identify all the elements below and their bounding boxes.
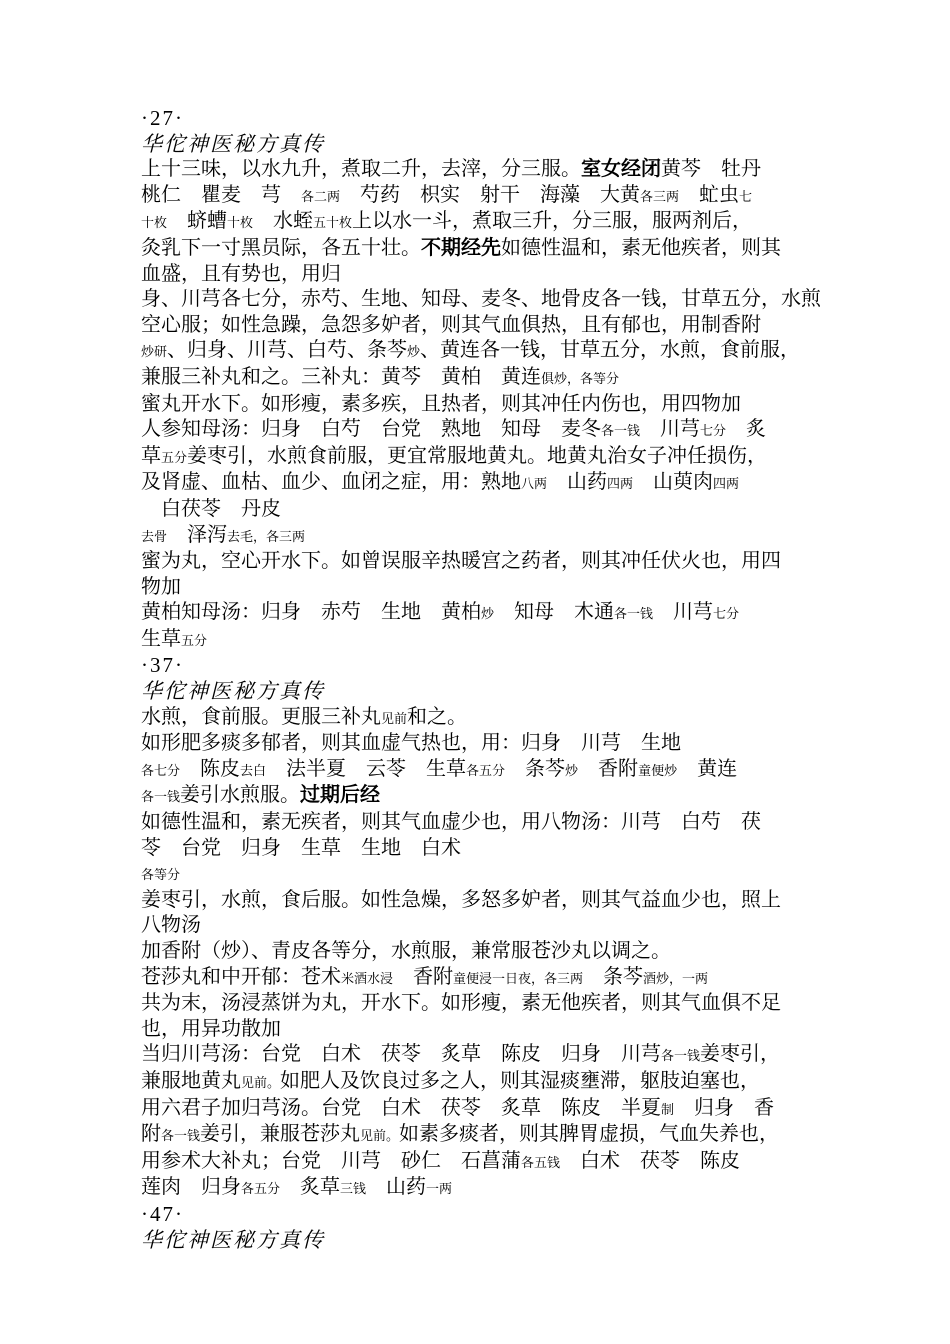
dosage-annotation-run: 俱炒，各等分 (541, 371, 619, 386)
text-run: 黄连 (677, 758, 737, 780)
text-run: 、归身、川芎、白芍、条芩 (167, 339, 407, 361)
text-run: 草 (141, 445, 161, 467)
section-heading-run: 不期经先 (421, 237, 501, 259)
text-run: 如德性温和，素无疾者，则其气血虚少也，用八物汤：川芎 白芍 茯 (141, 811, 761, 833)
text-line: 如德性温和，素无疾者，则其气血虚少也，用八物汤：川芎 白芍 茯 (141, 810, 830, 836)
text-run: 山药 (366, 1176, 426, 1198)
running-title: 华佗神医秘方真传 (141, 132, 830, 158)
text-run: 山药 (547, 471, 607, 493)
text-run: 上十三味，以水九升，煮取二升，去滓，分三服。 (141, 158, 581, 180)
text-run: ·47· (141, 1202, 184, 1226)
dosage-annotation-run: 见前 (381, 711, 407, 726)
section-heading-run: 室女经闭 (581, 158, 661, 180)
text-run: 香附 (393, 966, 453, 988)
dosage-annotation-run: 十枚 (141, 215, 167, 230)
text-line: 各七分 陈皮去白 法半夏 云苓 生草各五分 条芩炒 香附童便炒 黄连 (141, 757, 830, 784)
text-run: 蛴螬 (167, 210, 227, 232)
text-run: 姜引水煎服。 (180, 784, 300, 806)
text-line: 各一钱姜引水煎服。过期后经 (141, 783, 830, 810)
text-line: 水煎，食前服。更服三补丸见前和之。 (141, 705, 830, 732)
text-run: 华佗神医秘方真传 (141, 1228, 325, 1252)
text-run: 用参术大补丸；台党 川芎 砂仁 石菖蒲 (141, 1150, 521, 1172)
dosage-annotation-run: 五十枚 (313, 215, 352, 230)
text-line: 各等分 (141, 861, 830, 888)
dosage-annotation-run: 五分 (161, 450, 187, 465)
dosage-annotation-run: 各三两 (640, 189, 679, 204)
text-run: 如肥人及饮良过多之人，则其湿痰壅滞，躯肢迫塞也， (280, 1070, 760, 1092)
page-number: ·27· (141, 106, 830, 132)
text-run: 和之。 (407, 706, 467, 728)
text-run: 泽泻 (167, 524, 227, 546)
text-line: 十枚 蛴螬十枚 水蛭五十枚上以水一斗，煮取三升，分三服，服两剂后， (141, 209, 830, 236)
text-line: 人参知母汤：归身 白芍 台党 熟地 知母 麦冬各一钱 川芎七分 炙 (141, 417, 830, 444)
text-line: 身、川芎各七分，赤芍、生地、知母、麦冬、地骨皮各一钱，甘草五分，水煎 (141, 287, 830, 313)
text-run: 水煎，食前服。更服三补丸 (141, 706, 381, 728)
text-run: 黄芩 牡丹 (661, 158, 761, 180)
text-run: 用六君子加归芎汤。台党 白术 茯苓 炙草 陈皮 半夏 (141, 1097, 661, 1119)
dosage-annotation-run: 七 (739, 189, 752, 204)
text-run: 附 (141, 1123, 161, 1145)
section-heading-run: 过期后经 (300, 784, 380, 806)
dosage-annotation-run: 五分 (181, 633, 207, 648)
text-run: 芍药 枳实 射干 海藻 大黄 (340, 184, 640, 206)
text-run: 华佗神医秘方真传 (141, 679, 325, 703)
text-run: 加香附（炒）、青皮各等分，水煎服，兼常服苍沙丸以调之。 (141, 940, 671, 962)
dosage-annotation-run: 十枚 (227, 215, 253, 230)
dosage-annotation-run: 各五分 (466, 763, 505, 778)
dosage-annotation-run: 去毛，各三两 (227, 529, 305, 544)
text-line: 血盛，且有势也，用归 (141, 262, 830, 288)
text-run: 如素多痰者，则其脾胃虚损，气血失养也， (399, 1123, 779, 1145)
page-number: ·47· (141, 1202, 830, 1228)
text-line: 八物汤 (141, 913, 830, 939)
dosage-annotation-run: 各等分 (141, 867, 180, 882)
dosage-annotation-run: 各一钱 (161, 1128, 200, 1143)
text-run: 姜引，兼服苍莎丸 (200, 1123, 360, 1145)
text-run: 生草 (141, 628, 181, 650)
text-run: 川芎 (653, 601, 713, 623)
text-run: 法半夏 云苓 生草 (266, 758, 466, 780)
text-line: 白茯苓 丹皮 (141, 497, 830, 523)
dosage-annotation-run: 各一钱 (601, 423, 640, 438)
text-line: 加香附（炒）、青皮各等分，水煎服，兼常服苍沙丸以调之。 (141, 939, 830, 965)
dosage-annotation-run: 各七分 (141, 763, 180, 778)
dosage-annotation-run: 一两 (426, 1181, 452, 1196)
text-run: 条芩 (583, 966, 643, 988)
text-run: 归身 香 (674, 1097, 774, 1119)
text-run: 上以水一斗，煮取三升，分三服，服两剂后， (352, 210, 752, 232)
text-line: 用参术大补丸；台党 川芎 砂仁 石菖蒲各五钱 白术 茯苓 陈皮 (141, 1149, 830, 1176)
text-run: 姜枣引，水煎食前服，更宜常服地黄丸。地黄丸治女子冲任损伤， (187, 445, 767, 467)
dosage-annotation-run: 炒 (565, 763, 578, 778)
dosage-annotation-run: 各五分 (241, 1181, 280, 1196)
text-run: 及肾虚、血枯、血少、血闭之症，用：熟地 (141, 471, 521, 493)
text-line: 黄柏知母汤：归身 赤芍 生地 黄柏炒 知母 木通各一钱 川芎七分 (141, 600, 830, 627)
text-line: 去骨 泽泻去毛，各三两 (141, 523, 830, 550)
document-page: ·27·华佗神医秘方真传上十三味，以水九升，煮取二升，去滓，分三服。室女经闭黄芩… (0, 0, 950, 1344)
text-run: 炙草 (280, 1176, 340, 1198)
text-run: 苍莎丸和中开郁：苍术 (141, 966, 341, 988)
dosage-annotation-run: 各二两 (301, 189, 340, 204)
dosage-annotation-run: 制 (661, 1102, 674, 1117)
text-line: 物加 (141, 575, 830, 601)
text-run: 知母 木通 (494, 601, 614, 623)
text-line: 蜜为丸，空心开水下。如曾误服辛热暖宫之药者，则其冲任伏火也，用四 (141, 549, 830, 575)
text-run: 如德性温和，素无他疾者，则其 (501, 237, 781, 259)
text-run: 物加 (141, 576, 181, 598)
text-line: 空心服；如性急躁，急怨多妒者，则其气血俱热，且有郁也，用制香附 (141, 313, 830, 339)
text-run: 姜枣引， (700, 1043, 780, 1065)
dosage-annotation-run: 各一钱 (661, 1048, 700, 1063)
text-line: 附各一钱姜引，兼服苍莎丸见前。如素多痰者，则其脾胃虚损，气血失养也， (141, 1122, 830, 1149)
text-run: 八物汤 (141, 914, 201, 936)
dosage-annotation-run: 七分 (713, 606, 739, 621)
dosage-annotation-run: 八两 (521, 476, 547, 491)
text-line: 桃仁 瞿麦 芎 各二两 芍药 枳实 射干 海藻 大黄各三两 虻虫七 (141, 183, 830, 210)
text-run: 身、川芎各七分，赤芍、生地、知母、麦冬、地骨皮各一钱，甘草五分，水煎 (141, 288, 821, 310)
text-run: 桃仁 瞿麦 芎 (141, 184, 301, 206)
dosage-annotation-run: 三钱 (340, 1181, 366, 1196)
text-run: 白术 茯苓 陈皮 (560, 1150, 740, 1172)
text-line: 共为末，汤浸蒸饼为丸，开水下。如形瘦，素无他疾者，则其气血俱不足 (141, 991, 830, 1017)
dosage-annotation-run: 四两 (713, 476, 739, 491)
text-line: 如形肥多痰多郁者，则其血虚气热也，用：归身 川芎 生地 (141, 731, 830, 757)
text-run: 蜜丸开水下。如形瘦，素多疾，且热者，则其冲任内伤也，用四物加 (141, 393, 741, 415)
text-run: 莲肉 归身 (141, 1176, 241, 1198)
text-line: 苓 台党 归身 生草 生地 白术 (141, 836, 830, 862)
dosage-annotation-run: 炒 (481, 606, 494, 621)
text-run: 水蛭 (253, 210, 313, 232)
text-run: 也，用异功散加 (141, 1018, 281, 1040)
text-run: 条芩 (505, 758, 565, 780)
dosage-annotation-run: 各一钱 (614, 606, 653, 621)
text-line: 炒研、归身、川芎、白芍、条芩炒、黄连各一钱，甘草五分，水煎，食前服， (141, 338, 830, 365)
text-line: 蜜丸开水下。如形瘦，素多疾，且热者，则其冲任内伤也，用四物加 (141, 392, 830, 418)
page-background: { "page": { "background_color": "#ffffff… (0, 0, 950, 1344)
text-run: 当归川芎汤：台党 白术 茯苓 炙草 陈皮 归身 川芎 (141, 1043, 661, 1065)
dosage-annotation-run: 七分 (700, 423, 726, 438)
text-line: 当归川芎汤：台党 白术 茯苓 炙草 陈皮 归身 川芎各一钱姜枣引， (141, 1042, 830, 1069)
text-run: 山萸肉 (633, 471, 713, 493)
dosage-annotation-run: 炒 (407, 344, 420, 359)
text-run: 炙 (726, 418, 766, 440)
text-run: 血盛，且有势也，用归 (141, 263, 341, 285)
text-run: 苓 台党 归身 生草 生地 白术 (141, 837, 461, 859)
text-run: 华佗神医秘方真传 (141, 132, 325, 156)
text-line: 苍莎丸和中开郁：苍术米酒水浸 香附童便浸一日夜，各三两 条芩酒炒，一两 (141, 965, 830, 992)
text-line: 草五分姜枣引，水煎食前服，更宜常服地黄丸。地黄丸治女子冲任损伤， (141, 444, 830, 471)
text-run: 人参知母汤：归身 白芍 台党 熟地 知母 麦冬 (141, 418, 601, 440)
dosage-annotation-run: 四两 (607, 476, 633, 491)
dosage-annotation-run: 酒炒，一两 (643, 971, 708, 986)
text-run: 虻虫 (679, 184, 739, 206)
dosage-annotation-run: 各五钱 (521, 1155, 560, 1170)
text-run: ·37· (141, 653, 184, 677)
text-run: 空心服；如性急躁，急怨多妒者，则其气血俱热，且有郁也，用制香附 (141, 314, 761, 336)
running-title: 华佗神医秘方真传 (141, 1228, 830, 1254)
dosage-annotation-run: 见前。 (241, 1075, 280, 1090)
text-run: 兼服三补丸和之。三补丸：黄芩 黄柏 黄连 (141, 366, 541, 388)
text-run: 陈皮 (180, 758, 240, 780)
text-run: 川芎 (640, 418, 700, 440)
text-line: 兼服地黄丸见前。如肥人及饮良过多之人，则其湿痰壅滞，躯肢迫塞也， (141, 1069, 830, 1096)
text-run: 香附 (578, 758, 638, 780)
dosage-annotation-run: 炒研 (141, 344, 167, 359)
dosage-annotation-run: 见前。 (360, 1128, 399, 1143)
text-run: 姜枣引，水煎，食后服。如性急燥，多怒多妒者，则其气益血少也，照上 (141, 889, 781, 911)
dosage-annotation-run: 童便浸一日夜，各三两 (453, 971, 583, 986)
text-line: 用六君子加归芎汤。台党 白术 茯苓 炙草 陈皮 半夏制 归身 香 (141, 1096, 830, 1123)
text-line: 灸乳下一寸黑员际，各五十壮。不期经先如德性温和，素无他疾者，则其 (141, 236, 830, 262)
dosage-annotation-run: 各一钱 (141, 789, 180, 804)
text-run: 白茯苓 丹皮 (141, 498, 281, 520)
page-number: ·37· (141, 653, 830, 679)
text-run: 如形肥多痰多郁者，则其血虚气热也，用：归身 川芎 生地 (141, 732, 681, 754)
text-line: 兼服三补丸和之。三补丸：黄芩 黄柏 黄连俱炒，各等分 (141, 365, 830, 392)
text-run: 共为末，汤浸蒸饼为丸，开水下。如形瘦，素无他疾者，则其气血俱不足 (141, 992, 781, 1014)
running-title: 华佗神医秘方真传 (141, 679, 830, 705)
text-run: ·27· (141, 106, 184, 130)
text-line: 姜枣引，水煎，食后服。如性急燥，多怒多妒者，则其气益血少也，照上 (141, 888, 830, 914)
dosage-annotation-run: 去白 (240, 763, 266, 778)
dosage-annotation-run: 童便炒 (638, 763, 677, 778)
text-run: 蜜为丸，空心开水下。如曾误服辛热暖宫之药者，则其冲任伏火也，用四 (141, 550, 781, 572)
text-line: 上十三味，以水九升，煮取二升，去滓，分三服。室女经闭黄芩 牡丹 (141, 157, 830, 183)
text-run: 兼服地黄丸 (141, 1070, 241, 1092)
dosage-annotation-run: 去骨 (141, 529, 167, 544)
text-run: 黄柏知母汤：归身 赤芍 生地 黄柏 (141, 601, 481, 623)
dosage-annotation-run: 米酒水浸 (341, 971, 393, 986)
text-line: 生草五分 (141, 627, 830, 654)
text-line: 莲肉 归身各五分 炙草三钱 山药一两 (141, 1175, 830, 1202)
text-line: 也，用异功散加 (141, 1017, 830, 1043)
text-run: 、黄连各一钱，甘草五分，水煎，食前服， (420, 339, 800, 361)
text-run: 灸乳下一寸黑员际，各五十壮。 (141, 237, 421, 259)
text-line: 及肾虚、血枯、血少、血闭之症，用：熟地八两 山药四两 山萸肉四两 (141, 470, 830, 497)
